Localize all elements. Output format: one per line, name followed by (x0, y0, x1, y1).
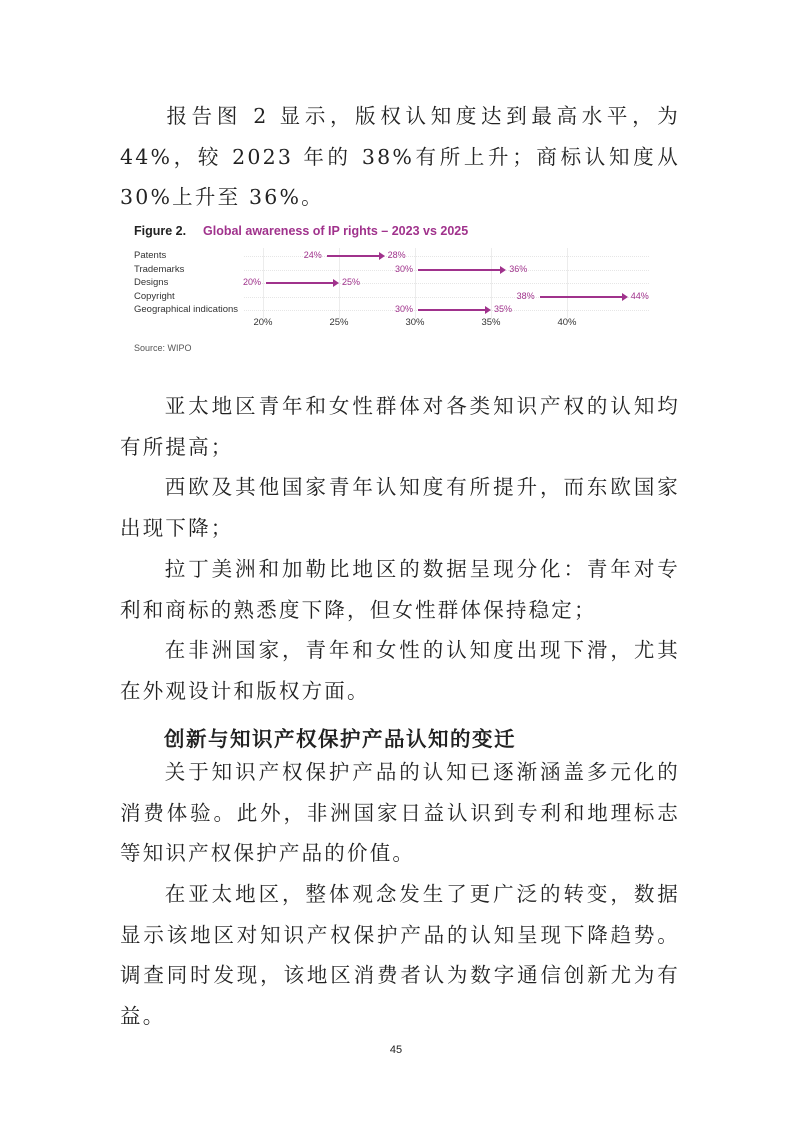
figure-source: Source: WIPO (134, 343, 192, 353)
x-tick-label: 25% (329, 317, 348, 328)
category-label: Designs (134, 277, 168, 288)
body-paragraph: 拉丁美洲和加勒比地区的数据呈现分化：青年对专利和商标的熟悉度下降，但女性群体保持… (120, 549, 680, 630)
x-tick-label: 40% (557, 317, 576, 328)
body-paragraph: 亚太地区青年和女性群体对各类知识产权的认知均有所提高； (120, 386, 680, 467)
value-2023: 38% (517, 291, 535, 301)
change-arrow (540, 296, 626, 298)
x-tick-label: 20% (253, 317, 272, 328)
change-arrow (418, 269, 504, 271)
value-2023: 20% (243, 277, 261, 287)
paragraph-text: 亚太地区青年和女性群体对各类知识产权的认知均有所提高； (120, 394, 680, 459)
category-label: Copyright (134, 291, 175, 302)
change-arrow (418, 309, 489, 311)
paragraph-text: 西欧及其他国家青年认知度有所提升，而东欧国家出现下降； (120, 475, 680, 540)
body-paragraph: 在亚太地区，整体观念发生了更广泛的转变，数据显示该地区对知识产权保护产品的认知呈… (120, 874, 680, 1036)
value-2025: 25% (342, 277, 360, 287)
body-paragraph: 关于知识产权保护产品的认知已逐渐涵盖多元化的消费体验。此外，非洲国家日益认识到专… (120, 752, 680, 874)
figure-label: Figure 2. (134, 224, 186, 238)
paragraph-text: 报告图 2 显示，版权认知度达到最高水平，为 44%，较 2023 年的 38%… (120, 104, 680, 209)
body-paragraph: 在非洲国家，青年和女性的认知度出现下滑，尤其在外观设计和版权方面。 (120, 630, 680, 711)
value-2025: 35% (494, 304, 512, 314)
change-arrow (327, 255, 383, 257)
x-tick-label: 35% (481, 317, 500, 328)
figure-title: Global awareness of IP rights – 2023 vs … (203, 224, 468, 238)
paragraph-text: 关于知识产权保护产品的认知已逐渐涵盖多元化的消费体验。此外，非洲国家日益认识到专… (120, 760, 680, 865)
change-arrow (266, 282, 337, 284)
value-2025: 36% (509, 264, 527, 274)
paragraph-text: 在亚太地区，整体观念发生了更广泛的转变，数据显示该地区对知识产权保护产品的认知呈… (120, 882, 680, 1028)
paragraph-text: 拉丁美洲和加勒比地区的数据呈现分化：青年对专利和商标的熟悉度下降，但女性群体保持… (120, 557, 680, 622)
section-heading: 创新与知识产权保护产品认知的变迁 (164, 722, 516, 752)
x-tick-label: 30% (405, 317, 424, 328)
value-2023: 30% (395, 264, 413, 274)
category-label: Patents (134, 250, 166, 261)
body-paragraph: 西欧及其他国家青年认知度有所提升，而东欧国家出现下降； (120, 467, 680, 548)
value-2025: 44% (631, 291, 649, 301)
figure-2: Figure 2. Global awareness of IP rights … (134, 224, 654, 354)
value-2023: 24% (304, 250, 322, 260)
paragraph-text: 在非洲国家，青年和女性的认知度出现下滑，尤其在外观设计和版权方面。 (120, 638, 680, 703)
category-label: Geographical indications (134, 304, 238, 315)
value-2023: 30% (395, 304, 413, 314)
category-label: Trademarks (134, 264, 184, 275)
value-2025: 28% (388, 250, 406, 260)
page-number: 45 (390, 1044, 402, 1056)
body-paragraph: 报告图 2 显示，版权认知度达到最高水平，为 44%，较 2023 年的 38%… (120, 96, 680, 218)
